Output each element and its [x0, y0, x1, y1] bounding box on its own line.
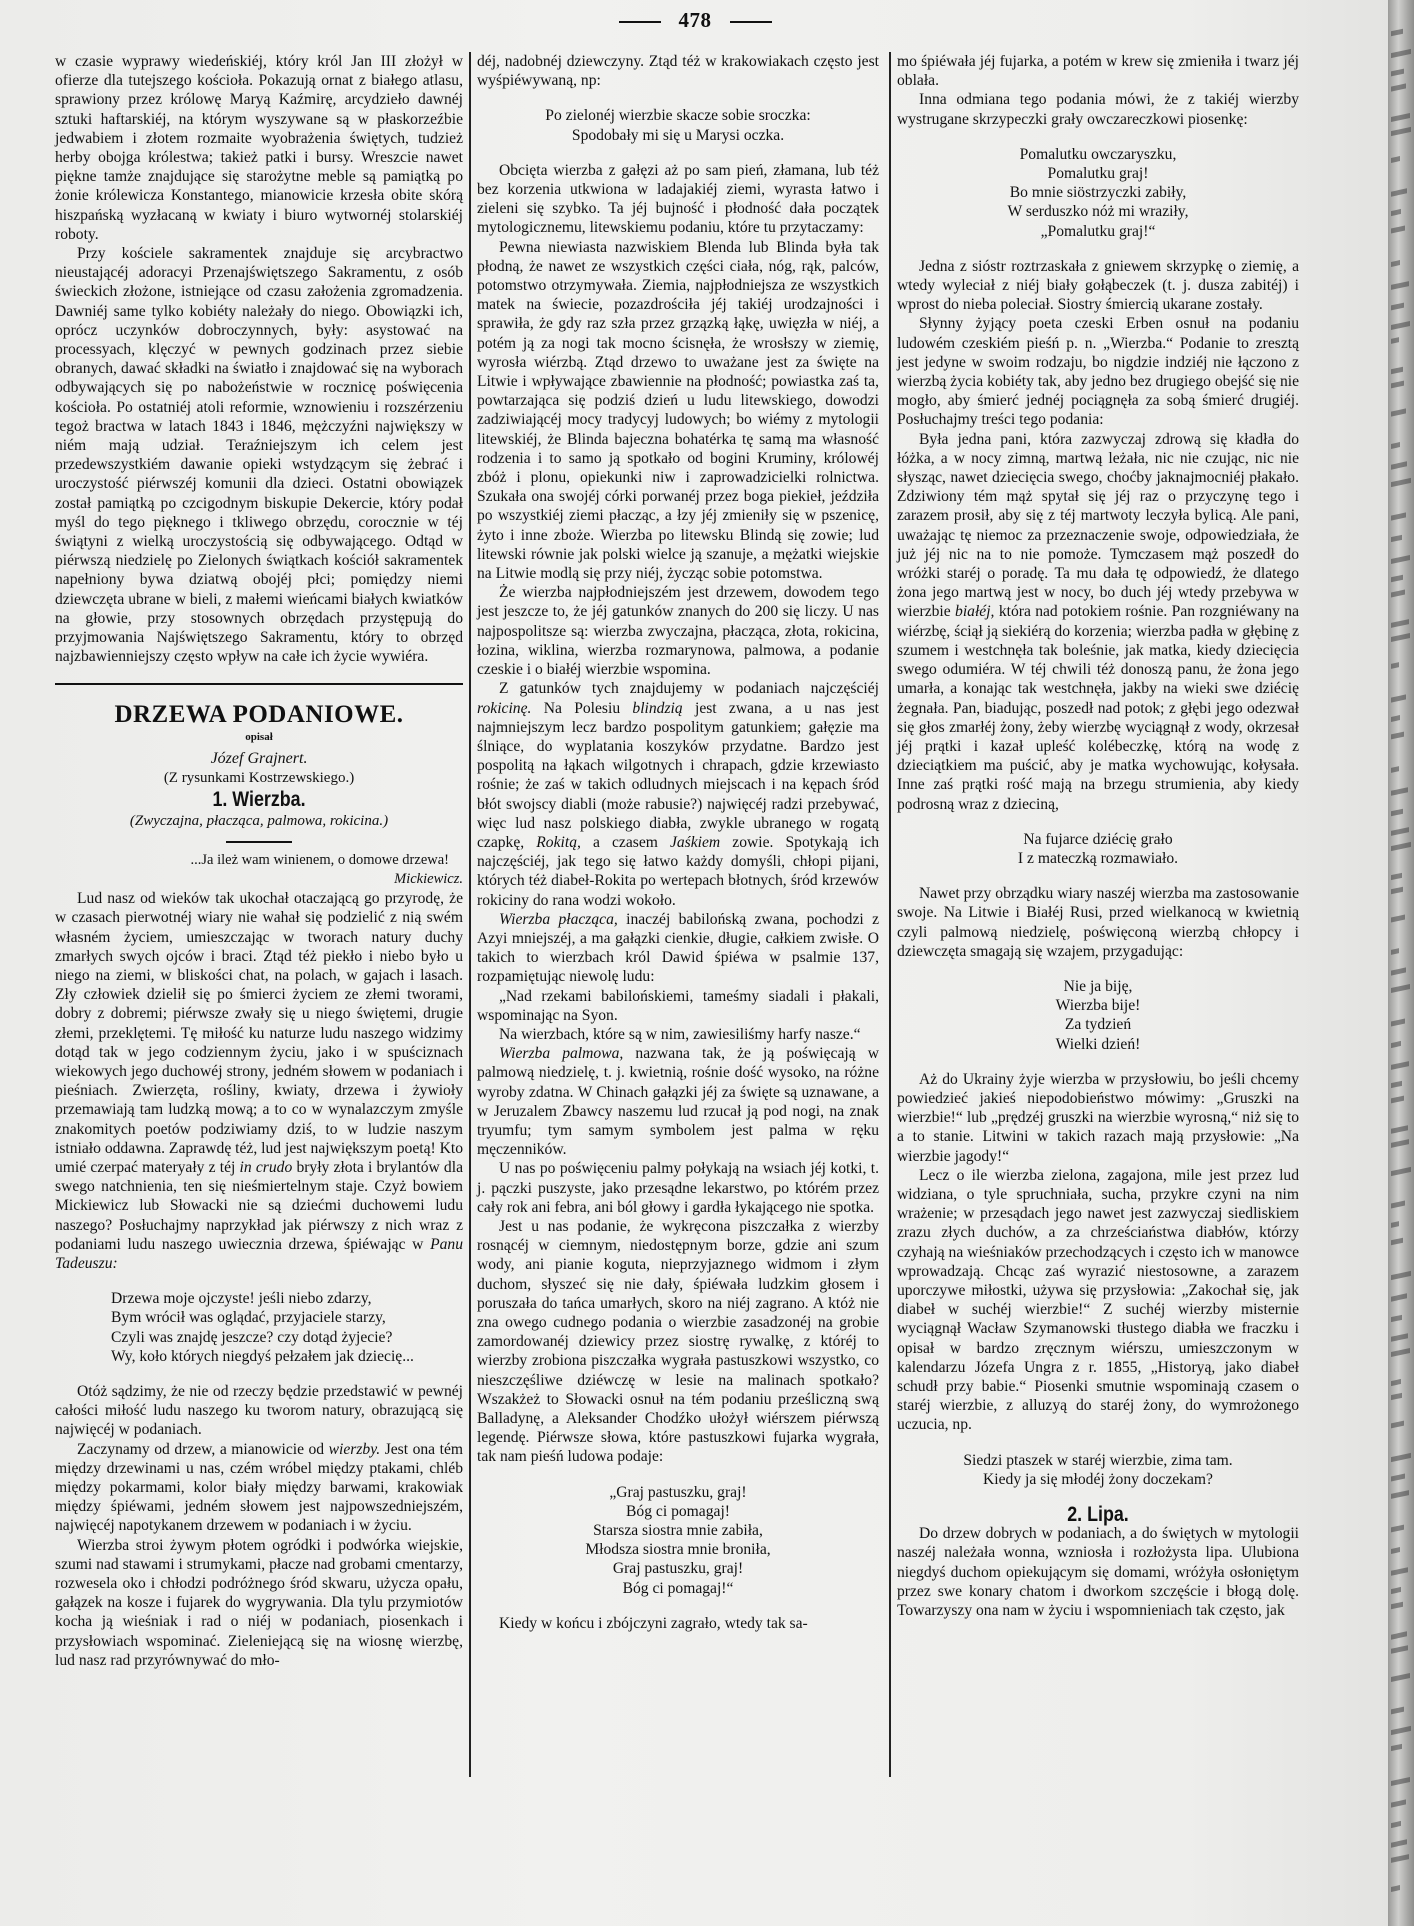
ghost-text-mark — [1391, 381, 1404, 389]
poem-line: Kiedy ja się młodéj żony doczekam? — [897, 1470, 1299, 1489]
section-heading: 1. Wierzba. — [86, 790, 433, 809]
ghost-text-mark — [1391, 29, 1403, 37]
ghost-text-mark — [1391, 827, 1409, 836]
paragraph: Że wierzba najpłodniejszém jest drzewem,… — [477, 583, 879, 679]
ghost-text-mark — [1391, 1293, 1407, 1301]
ghost-text-mark — [1391, 1333, 1408, 1342]
ghost-text-mark — [1391, 887, 1403, 895]
ghost-text-mark — [1391, 1839, 1407, 1847]
poem-line: Spodobały mi się u Marysi oczka. — [477, 126, 879, 145]
ghost-text-mark — [1391, 1490, 1409, 1499]
ghost-text-mark — [1391, 442, 1400, 449]
poem-line: „Pomalutku graj!“ — [897, 222, 1299, 241]
paragraph: U nas po poświęceniu palmy połykają na w… — [477, 1159, 879, 1217]
poem: Po zielonéj wierzbie skacze sobie sroczk… — [477, 106, 879, 144]
ghost-text-mark — [1391, 1777, 1410, 1786]
ghost-text-mark — [1391, 1271, 1411, 1280]
paragraph: Inna odmiana tego podania mówi, że z tak… — [897, 90, 1299, 128]
ghost-text-mark — [1391, 461, 1407, 469]
paragraph: Zaczynamy od drzew, a mianowicie od wier… — [55, 1440, 463, 1536]
ghost-text-mark — [1391, 69, 1404, 77]
ghost-text-mark — [1391, 967, 1406, 975]
ghost-text-mark — [1391, 662, 1399, 669]
column-divider-2 — [889, 52, 891, 1777]
poem-line: Po zielonéj wierzbie skacze sobie sroczk… — [477, 106, 879, 125]
ghost-text-mark — [1391, 1726, 1411, 1735]
ghost-text-mark — [1391, 1139, 1409, 1148]
byline-label: opisał — [55, 728, 463, 747]
poem-line: Czyli was znajdę jeszcze? czy dotąd żyje… — [111, 1328, 463, 1347]
ghost-text-mark — [1391, 1885, 1400, 1892]
ghost-text-mark — [1391, 49, 1411, 58]
ghost-text-mark — [1391, 1567, 1408, 1576]
ghost-text-mark — [1391, 260, 1400, 267]
ghost-text-mark — [1391, 1315, 1402, 1322]
paragraph: Pewna niewiasta nazwiskiem Blenda lub Bl… — [477, 238, 879, 584]
ghost-text-mark — [1391, 156, 1400, 163]
ghost-text-mark — [1391, 590, 1405, 598]
poem-line: Młodsza siostra mnie broniła, — [477, 1540, 879, 1559]
poem: Pomalutku owczaryszku,Pomalutku graj!Bo … — [897, 145, 1299, 241]
page-number: 478 — [0, 8, 1390, 33]
poem-line: Wielki dzień! — [897, 1035, 1299, 1054]
poem-line: Pomalutku graj! — [897, 164, 1299, 183]
ghost-text-mark — [1391, 1854, 1409, 1863]
epigraph-author: Mickiewicz. — [55, 870, 463, 889]
quotation: Na wierzbach, które są w nim, zawiesiliś… — [477, 1025, 879, 1044]
poem: Siedzi ptaszek w staréj wierzbie, zima t… — [897, 1451, 1299, 1489]
paragraph: déj, nadobnéj dziewczyny. Ztąd téż w kra… — [477, 52, 879, 90]
ghost-text-mark — [1391, 555, 1410, 564]
poem: „Graj pastuszku, graj!Bóg ci pomagaj!Sta… — [477, 1483, 879, 1598]
paragraph: w czasie wyprawy wiedeńskiéj, który król… — [55, 52, 463, 244]
ghost-text-mark — [1391, 715, 1400, 722]
ghost-text-mark — [1391, 1421, 1404, 1429]
ghost-text-mark — [1391, 1221, 1399, 1228]
article-title: DRZEWA PODANIOWE. — [55, 705, 463, 724]
quotation: „Nad rzekami babilońskiemi, tameśmy siad… — [477, 987, 879, 1025]
ghost-text-mark — [1391, 873, 1402, 880]
ghost-text-mark — [1391, 1631, 1407, 1639]
paragraph: Nawet przy obrządku wiary naszéj wierzba… — [897, 884, 1299, 961]
ghost-text-mark — [1391, 1602, 1403, 1610]
ghost-text-mark — [1391, 478, 1411, 487]
ghost-text-mark — [1391, 1125, 1408, 1134]
ghost-text-mark — [1391, 1167, 1411, 1176]
ghost-text-mark — [1391, 766, 1399, 773]
poem-line: W serduszko nóż mi wraziły, — [897, 202, 1299, 221]
ghost-text-mark — [1391, 732, 1404, 740]
paragraph: Obcięta wierzba z gałęzi aż po sam pień,… — [477, 161, 879, 238]
paragraph: Lecz o ile wierzba zielona, zagajona, mi… — [897, 1166, 1299, 1435]
poem-line: Nie ja biję, — [897, 977, 1299, 996]
article-separator — [55, 683, 463, 685]
poem-line: Drzewa moje ojczyste! jeśli niebo zdarzy… — [111, 1289, 463, 1308]
ghost-text-mark — [1391, 535, 1402, 542]
ghost-text-mark — [1391, 1799, 1406, 1807]
paragraph: Przy kościele sakramentek znajduje się a… — [55, 244, 463, 666]
ghost-text-mark — [1391, 948, 1399, 955]
ghost-text-mark — [1391, 367, 1403, 375]
poem-line: „Graj pastuszku, graj! — [477, 1483, 879, 1502]
paragraph: Wierzba płacząca, inaczéj babilońską zwa… — [477, 910, 879, 987]
ghost-text-mark — [1391, 1348, 1410, 1357]
ghost-text-mark — [1391, 408, 1406, 416]
paragraph: Wierzba stroi żywym płotem ogródki i pod… — [55, 1536, 463, 1670]
paragraph: Kiedy w końcu i zbójczyni zagrało, wtedy… — [477, 1614, 879, 1633]
ghost-text-mark — [1391, 1744, 1402, 1751]
paragraph: mo śpiéwała jéj fujarka, a potém w krew … — [897, 52, 1299, 90]
paragraph: Jest u nas podanie, że wykręcona piszcza… — [477, 1217, 879, 1467]
ghost-text-mark — [1391, 83, 1406, 91]
ghost-text-mark — [1391, 633, 1410, 642]
poem: Nie ja biję,Wierzba bije!Za tydzieńWielk… — [897, 977, 1299, 1054]
ghost-text-mark — [1391, 281, 1409, 290]
ghost-text-mark — [1391, 1061, 1409, 1070]
section-subtitle: (Zwyczajna, płacząca, palmowa, rokicina.… — [55, 812, 463, 831]
section-heading: 2. Lipa. — [927, 1505, 1269, 1524]
ghost-text-mark — [1391, 127, 1411, 136]
ghost-text-mark — [1391, 1379, 1401, 1386]
page-number-text: 478 — [679, 8, 712, 32]
ghost-text-mark — [1391, 1393, 1402, 1400]
ghost-text-mark — [1391, 575, 1403, 583]
paragraph: Do drzew dobrych w podaniach, a do święt… — [897, 1524, 1299, 1620]
poem-line: Siedzi ptaszek w staréj wierzbie, zima t… — [897, 1451, 1299, 1470]
poem-line: I z mateczką rozmawiało. — [897, 849, 1299, 868]
illustrations-credit: (Z rysunkami Kostrzewskiego.) — [55, 769, 463, 788]
ghost-text-mark — [1391, 113, 1410, 122]
poem: Drzewa moje ojczyste! jeśli niebo zdarzy… — [55, 1289, 463, 1366]
ghost-text-mark — [1391, 1547, 1400, 1554]
poem-line: Graj pastuszku, graj! — [477, 1559, 879, 1578]
poem-line: Na fujarce dziécię grało — [897, 830, 1299, 849]
ghost-text-mark — [1391, 809, 1403, 817]
ghost-text-mark — [1391, 1041, 1401, 1048]
paragraph: Jedna z sióstr roztrzaskała z gniewem sk… — [897, 257, 1299, 315]
page-number-dash-right — [730, 21, 772, 23]
poem-line: Wierzba bije! — [897, 996, 1299, 1015]
short-divider — [226, 841, 292, 843]
ghost-text-mark — [1391, 1673, 1410, 1682]
ghost-text-mark — [1391, 226, 1405, 234]
paragraph: Aż do Ukrainy żyje wierzba w przysłowiu,… — [897, 1070, 1299, 1166]
ghost-text-mark — [1391, 1525, 1404, 1533]
ghost-text-mark — [1391, 1707, 1404, 1715]
ghost-text-mark — [1391, 303, 1404, 311]
ghost-text-mark — [1391, 1453, 1411, 1462]
column-2: déj, nadobnéj dziewczyny. Ztąd téż w kra… — [477, 52, 879, 1633]
ghost-text-mark — [1391, 915, 1405, 923]
poem-line: Wy, koło których niegdyś pełzałem jak dz… — [111, 1347, 463, 1366]
ghost-text-mark — [1391, 842, 1411, 851]
ghost-text-mark — [1391, 1096, 1404, 1104]
epigraph: ...Ja ileż wam winienem, o domowe drzewa… — [55, 851, 463, 870]
paragraph: Była jedna pani, która zazwyczaj zdrową … — [897, 430, 1299, 814]
ghost-text-mark — [1391, 321, 1410, 330]
ghost-text-mark — [1391, 619, 1409, 628]
paragraph: Lud nasz od wieków tak ukochał otaczając… — [55, 889, 463, 1273]
poem-line: Bym wrócił was oglądać, przyjaciele star… — [111, 1308, 463, 1327]
ghost-text-mark — [1391, 1019, 1405, 1027]
paragraph: Otóż sądzimy, że nie od rzeczy będzie pr… — [55, 1382, 463, 1440]
ghost-text-mark — [1391, 188, 1407, 196]
paragraph: Wierzba palmowa, nazwana tak, że ją pośw… — [477, 1044, 879, 1159]
ghost-text-mark — [1391, 1081, 1402, 1088]
poem-line: Bóg ci pomagaj!“ — [477, 1579, 879, 1598]
poem-line: Pomalutku owczaryszku, — [897, 145, 1299, 164]
paragraph: Słynny żyjący poeta czeski Erben osnuł n… — [897, 314, 1299, 429]
poem-line: Za tydzień — [897, 1015, 1299, 1034]
ghost-text-mark — [1391, 1587, 1401, 1594]
column-3: mo śpiéwała jéj fujarka, a potém w krew … — [897, 52, 1299, 1620]
ghost-text-mark — [1391, 512, 1406, 520]
ghost-text-mark — [1391, 694, 1406, 702]
ghost-text-mark — [1391, 209, 1401, 216]
adjacent-page-edge — [1388, 0, 1414, 1926]
ghost-text-mark — [1391, 1645, 1408, 1654]
column-divider-1 — [469, 52, 471, 1777]
page-number-dash-left — [619, 21, 661, 23]
poem-line: Bo mnie siöstrzyczki zabiły, — [897, 183, 1299, 202]
ghost-text-mark — [1391, 984, 1410, 993]
poem-line: Bóg ci pomagaj! — [477, 1502, 879, 1521]
ghost-text-mark — [1391, 1821, 1401, 1828]
article-author: Józef Grajnert. — [55, 749, 463, 768]
ghost-text-mark — [1391, 1474, 1405, 1482]
ghost-text-mark — [1391, 1201, 1405, 1209]
column-1: w czasie wyprawy wiedeńskiéj, który król… — [55, 52, 463, 1670]
ghost-text-mark — [1391, 337, 1399, 344]
ghost-text-mark — [1391, 787, 1408, 796]
ghost-text-mark — [1391, 1238, 1403, 1246]
poem-line: Starsza siostra mnie zabiła, — [477, 1521, 879, 1540]
poem: Na fujarce dziécię grałoI z mateczką roz… — [897, 830, 1299, 868]
paragraph: Z gatunków tych znajdujemy w podaniach n… — [477, 679, 879, 909]
